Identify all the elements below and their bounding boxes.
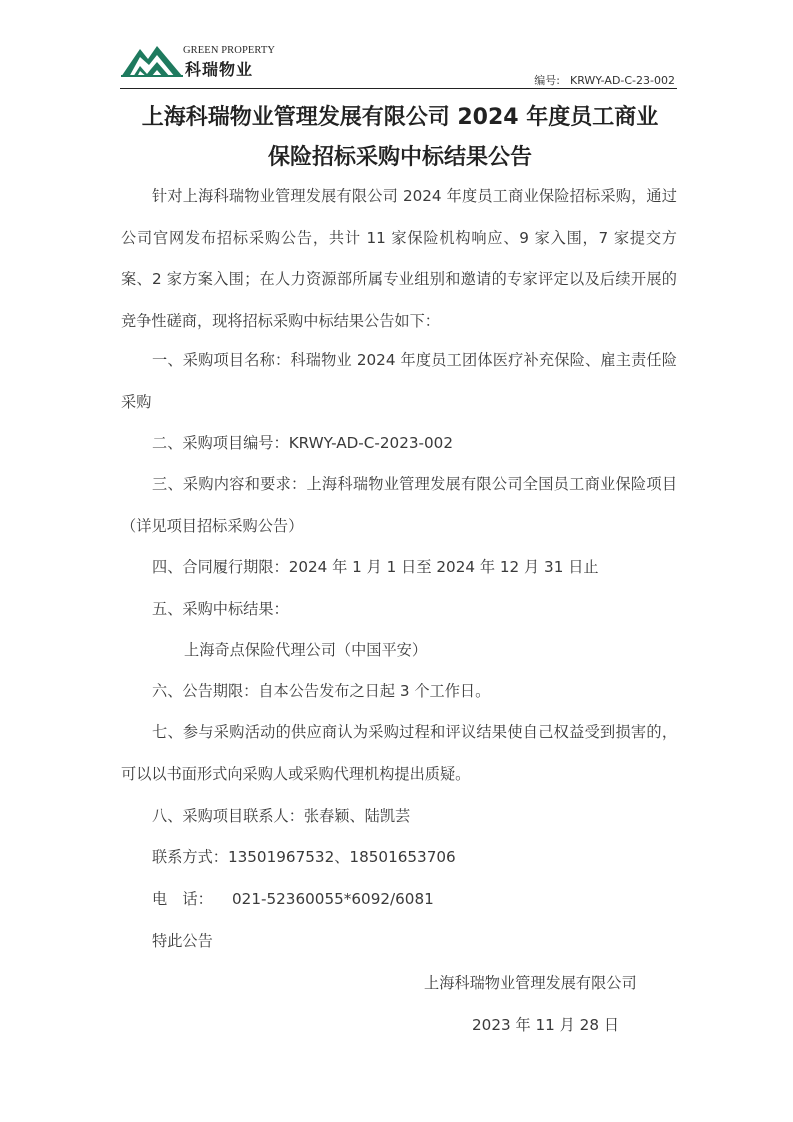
document-number-value: KRWY-AD-C-23-002: [570, 74, 675, 87]
contact-phone-label: 电 话：: [152, 888, 232, 909]
green-property-mountain-logo-icon: [121, 43, 183, 77]
contact-methods: 联系方式：13501967532、18501653706: [152, 846, 456, 867]
document-number: 编号:KRWY-AD-C-23-002: [534, 72, 675, 88]
item-objection-procedure: 七、参与采购活动的供应商认为采购过程和评议结果使自己权益受到损害的，可以以书面形…: [121, 712, 677, 795]
item-notice-period: 六、公告期限：自本公告发布之日起 3 个工作日。: [152, 680, 490, 701]
contact-phone-value: 021-52360055*6092/6081: [232, 890, 434, 908]
logo-chinese-name: 科瑞物业: [185, 57, 253, 80]
intro-paragraph: 针对上海科瑞物业管理发展有限公司 2024 年度员工商业保险招标采购，通过公司官…: [121, 176, 677, 342]
logo-english-name: GREEN PROPERTY: [183, 45, 275, 56]
contact-methods-label: 联系方式：: [152, 848, 228, 866]
item-contract-period: 四、合同履行期限：2024 年 1 月 1 日至 2024 年 12 月 31 …: [152, 556, 599, 577]
contact-methods-value: 13501967532、18501653706: [228, 848, 456, 866]
item-content-requirements: 三、采购内容和要求：上海科瑞物业管理发展有限公司全国员工商业保险项目（详见项目招…: [121, 464, 677, 547]
item-result-heading: 五、采购中标结果：: [152, 598, 289, 619]
item-project-name: 一、采购项目名称：科瑞物业 2024 年度员工团体医疗补充保险、雇主责任险采购: [121, 340, 677, 423]
contact-phone: 电 话：021-52360055*6092/6081: [152, 888, 434, 909]
signature-company: 上海科瑞物业管理发展有限公司: [424, 972, 637, 993]
signature-date: 2023 年 11 月 28 日: [472, 1014, 619, 1035]
item-project-number: 二、采购项目编号：KRWY-AD-C-2023-002: [152, 432, 453, 453]
page-title-line-2: 保险招标采购中标结果公告: [110, 140, 690, 171]
document-page: GREEN PROPERTY 科瑞物业 编号:KRWY-AD-C-23-002 …: [0, 0, 793, 1122]
page-title-line-1: 上海科瑞物业管理发展有限公司 2024 年度员工商业: [110, 100, 690, 131]
company-logo: GREEN PROPERTY 科瑞物业: [121, 43, 281, 79]
document-number-label: 编号:: [534, 74, 560, 87]
item-contact-persons: 八、采购项目联系人：张春颖、陆凯芸: [152, 805, 410, 826]
header-divider: [120, 88, 677, 89]
winning-bidder: 上海奇点保险代理公司（中国平安）: [184, 639, 427, 660]
closing-statement: 特此公告: [152, 930, 213, 951]
